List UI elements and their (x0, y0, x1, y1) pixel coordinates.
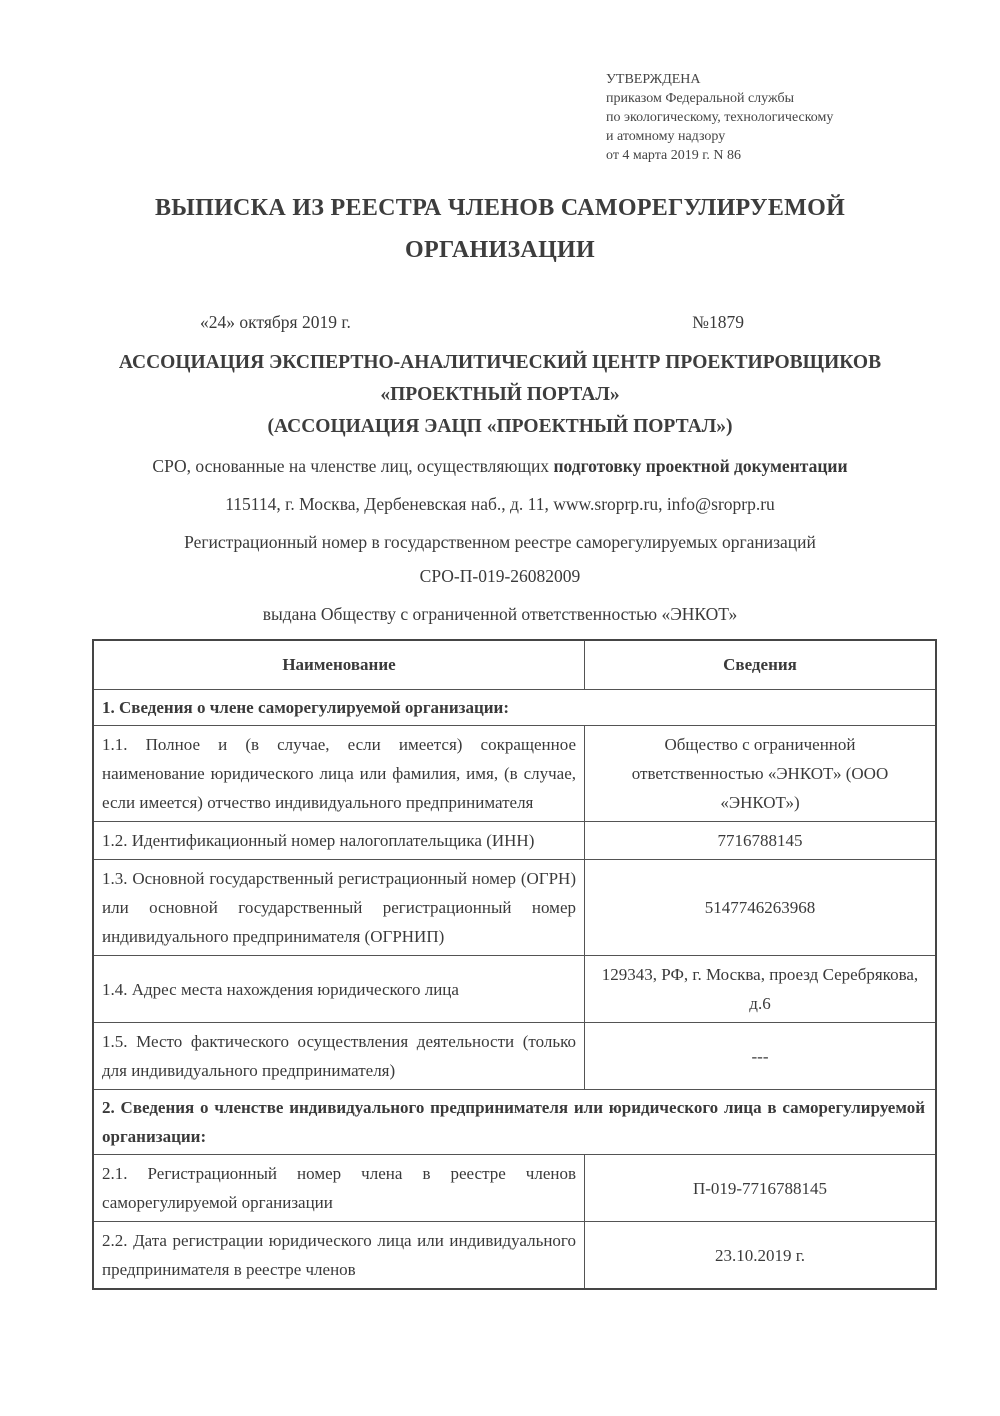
section-row: 2. Сведения о членстве индивидуального п… (93, 1090, 936, 1155)
row-label: 1.1. Полное и (в случае, если имеется) с… (93, 726, 585, 822)
issued-to-line: выдана Обществу с ограниченной ответстве… (30, 603, 970, 625)
table-row: 1.2. Идентификационный номер налогоплате… (93, 822, 936, 860)
row-label: 1.4. Адрес места нахождения юридического… (93, 956, 585, 1023)
registry-number-label: Регистрационный номер в государственном … (30, 531, 970, 553)
sro-basis-bold-text: подготовку проектной документации (553, 456, 847, 476)
row-value: --- (585, 1023, 937, 1090)
org-address-line: 115114, г. Москва, Дербеневская наб., д.… (30, 493, 970, 515)
document-page: УТВЕРЖДЕНА приказом Федеральной службы п… (0, 0, 1000, 1416)
org-full-name: АССОЦИАЦИЯ ЭКСПЕРТНО-АНАЛИТИЧЕСКИЙ ЦЕНТР… (94, 347, 906, 411)
sro-basis-text: СРО, основанные на членстве лиц, осущест… (152, 456, 553, 476)
registry-table: Наименование Сведения 1. Сведения о член… (92, 639, 937, 1290)
table-row: 2.1. Регистрационный номер члена в реест… (93, 1155, 936, 1222)
row-label: 1.5. Место фактического осуществления де… (93, 1023, 585, 1090)
table-row: 1.3. Основной государственный регистраци… (93, 860, 936, 956)
page-title: ВЫПИСКА ИЗ РЕЕСТРА ЧЛЕНОВ САМОРЕГУЛИРУЕМ… (60, 187, 940, 271)
sro-basis-line: СРО, основанные на членстве лиц, осущест… (30, 455, 970, 477)
approval-line: и атомному надзору (606, 127, 1000, 146)
registry-table-body: 1. Сведения о члене саморегулируемой орг… (93, 690, 936, 1290)
section-row: 1. Сведения о члене саморегулируемой орг… (93, 690, 936, 726)
table-header-row: Наименование Сведения (93, 640, 936, 690)
row-value: 7716788145 (585, 822, 937, 860)
approval-line: по экологическому, технологическому (606, 108, 1000, 127)
approval-line: УТВЕРЖДЕНА (606, 70, 1000, 89)
org-short-name: (АССОЦИАЦИЯ ЭАЦП «ПРОЕКТНЫЙ ПОРТАЛ») (94, 411, 906, 443)
date-number-row: «24» октября 2019 г. №1879 (0, 311, 1000, 333)
column-header-name: Наименование (93, 640, 585, 690)
row-value: 129343, РФ, г. Москва, проезд Серебряков… (585, 956, 937, 1023)
approval-line: приказом Федеральной службы (606, 89, 1000, 108)
registry-number-value: СРО-П-019-26082009 (30, 565, 970, 587)
issue-date: «24» октября 2019 г. (200, 311, 351, 333)
section-label: 2. Сведения о членстве индивидуального п… (93, 1090, 936, 1155)
table-row: 2.2. Дата регистрации юридического лица … (93, 1222, 936, 1290)
row-value: 5147746263968 (585, 860, 937, 956)
approval-line: от 4 марта 2019 г. N 86 (606, 146, 1000, 165)
approval-block: УТВЕРЖДЕНА приказом Федеральной службы п… (606, 0, 1000, 165)
row-label: 2.1. Регистрационный номер члена в реест… (93, 1155, 585, 1222)
row-value: Общество с ограниченной ответственностью… (585, 726, 937, 822)
column-header-value: Сведения (585, 640, 937, 690)
row-label: 1.3. Основной государственный регистраци… (93, 860, 585, 956)
row-label: 2.2. Дата регистрации юридического лица … (93, 1222, 585, 1290)
document-number: №1879 (692, 311, 744, 333)
section-label: 1. Сведения о члене саморегулируемой орг… (93, 690, 936, 726)
table-row: 1.5. Место фактического осуществления де… (93, 1023, 936, 1090)
table-row: 1.4. Адрес места нахождения юридического… (93, 956, 936, 1023)
row-value: 23.10.2019 г. (585, 1222, 937, 1290)
table-row: 1.1. Полное и (в случае, если имеется) с… (93, 726, 936, 822)
row-value: П-019-7716788145 (585, 1155, 937, 1222)
row-label: 1.2. Идентификационный номер налогоплате… (93, 822, 585, 860)
